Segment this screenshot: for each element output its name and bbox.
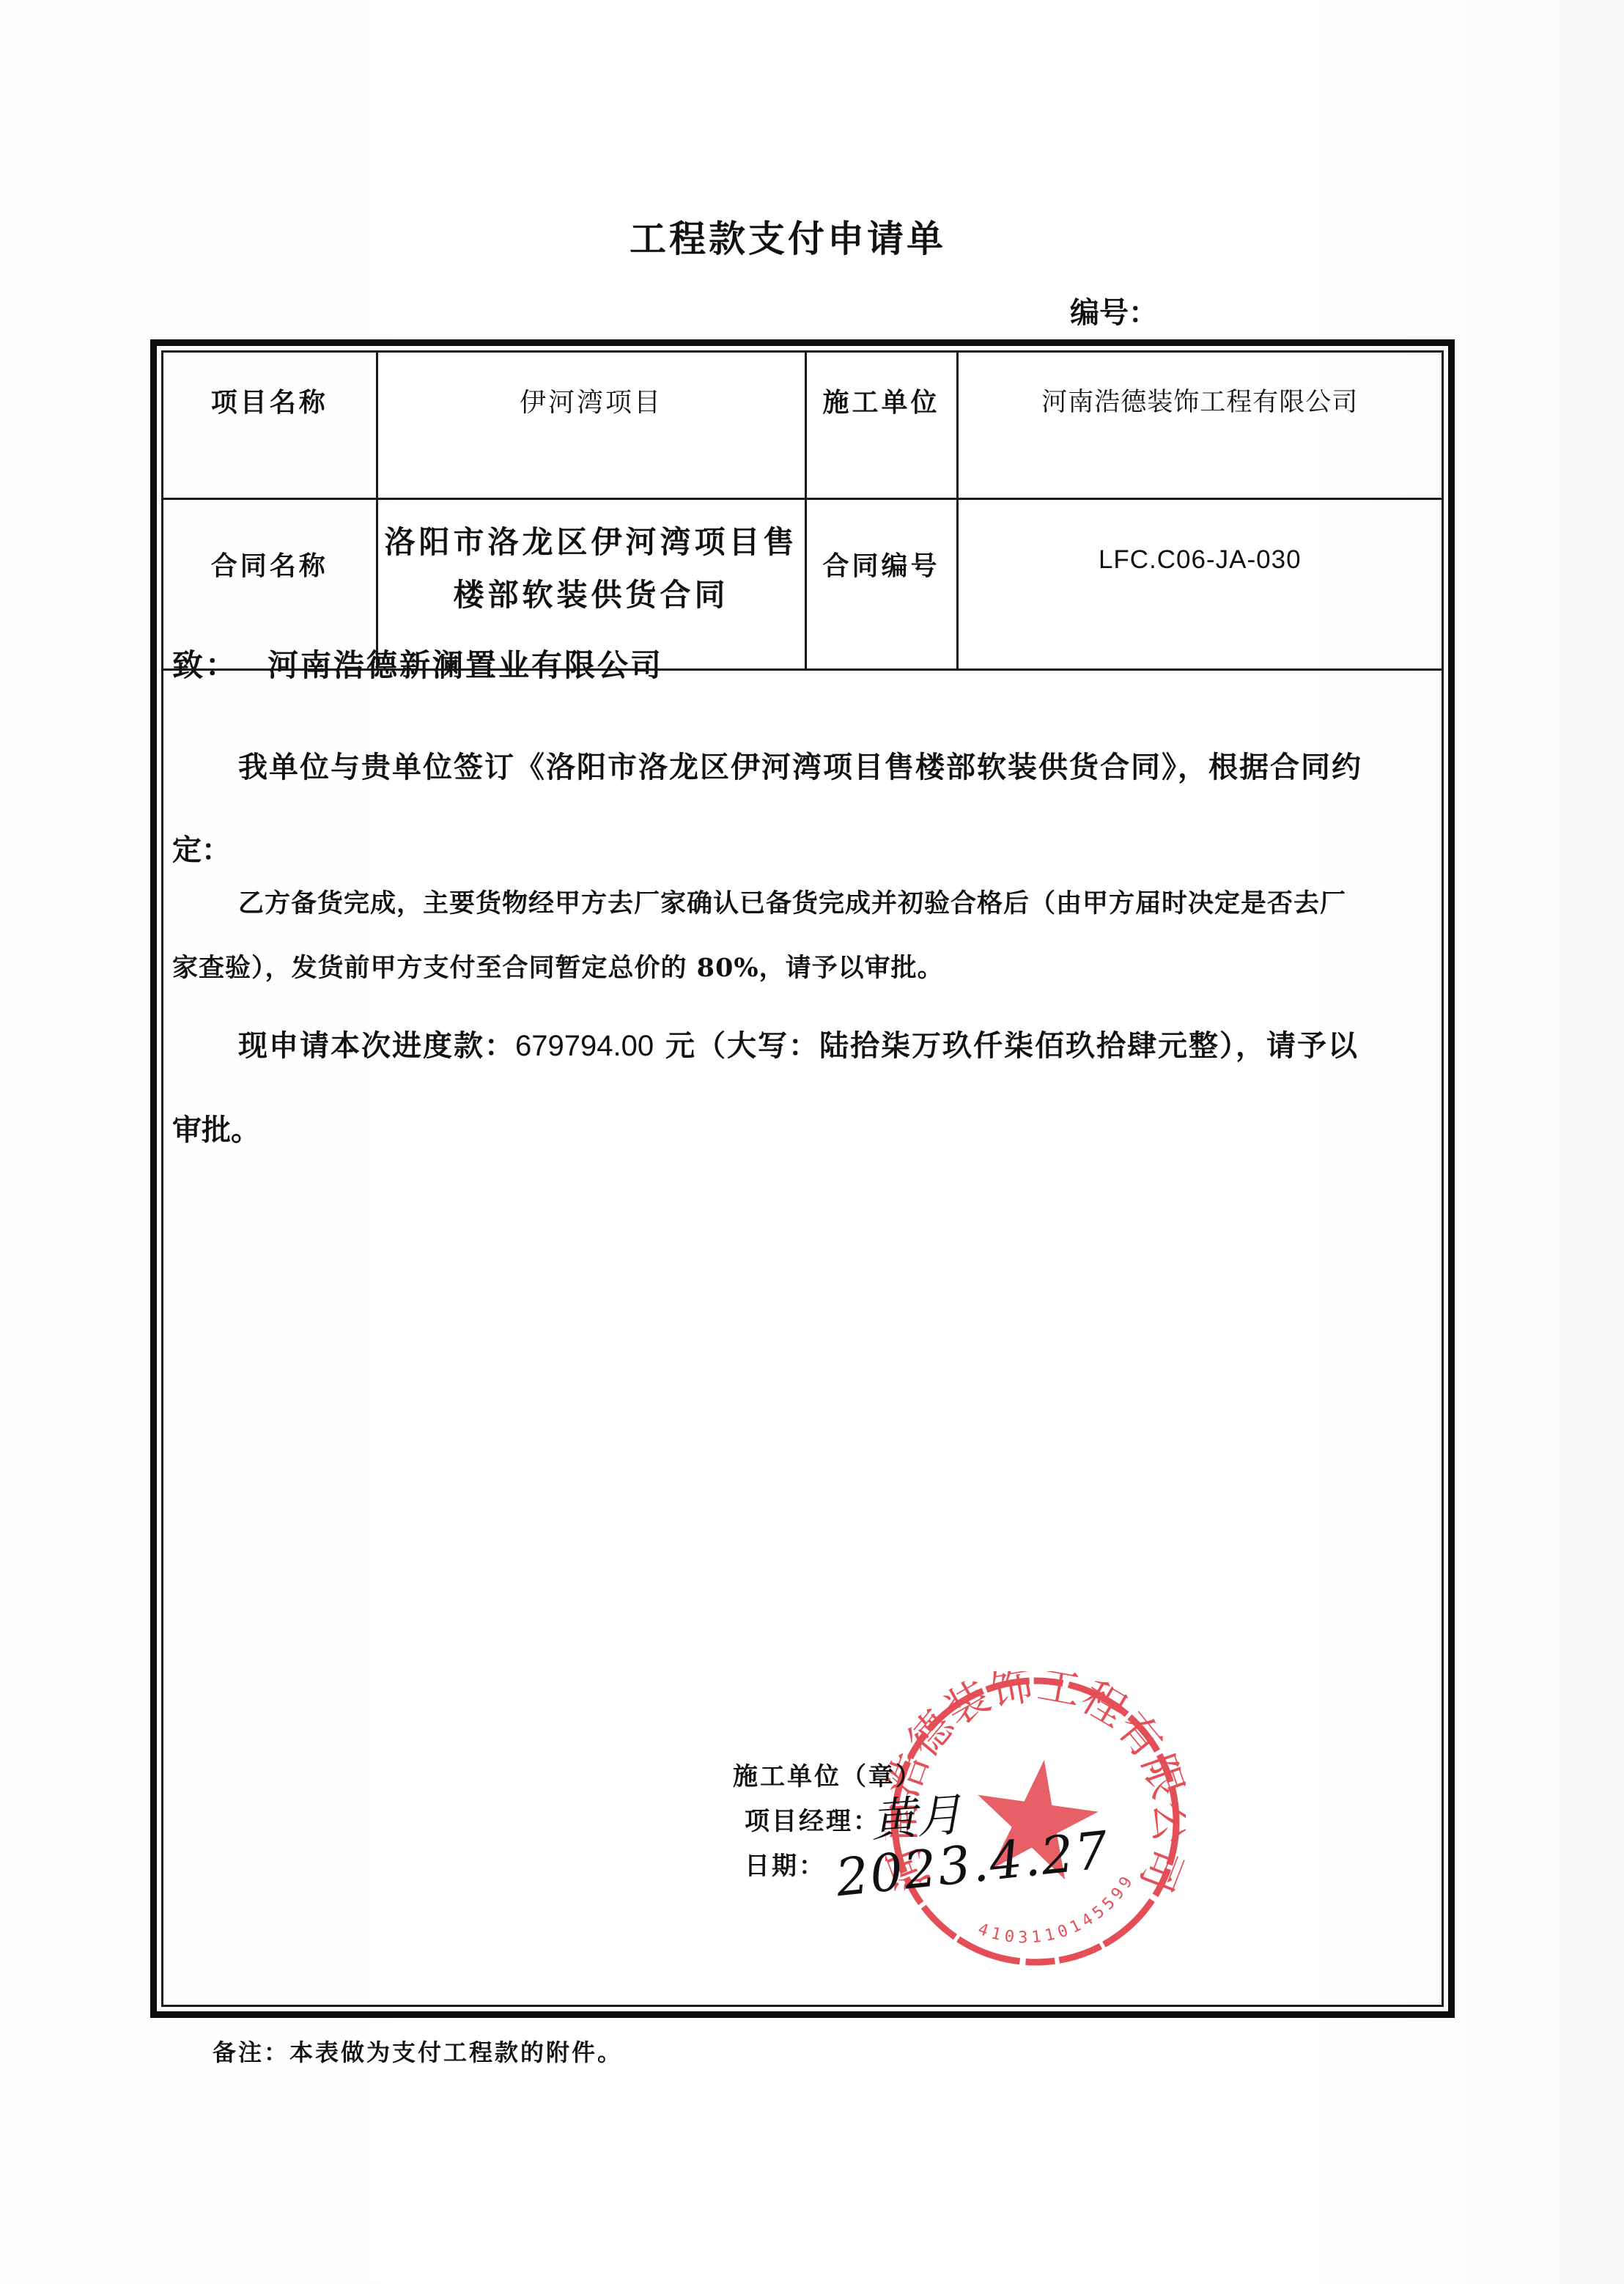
info-table: 项目名称 伊河湾项目 施工单位 河南浩德装饰工程有限公司 合同名称 洛阳市洛龙区…	[163, 353, 1442, 671]
contractor-label: 施工单位	[805, 353, 957, 499]
paragraph-2-line-2: 家查验），发货前甲方支付至合同暂定总价的 80%，请予以审批。	[172, 948, 944, 984]
contract-number-label: 合同编号	[805, 499, 957, 670]
addressee-label: 致：	[172, 647, 238, 683]
table-row: 项目名称 伊河湾项目 施工单位 河南浩德装饰工程有限公司	[163, 353, 1442, 499]
amount-unit-text: 元（大写：陆拾柒万玖仟柒佰玖拾肆元整），请予以	[654, 1028, 1359, 1063]
paragraph-1-line-1: 我单位与贵单位签订《洛阳市洛龙区伊河湾项目售楼部软装供货合同》，根据合同约	[238, 744, 1362, 786]
contract-name-line2: 楼部软装供货合同	[378, 569, 805, 622]
document-title: 工程款支付申请单	[0, 210, 1576, 262]
amount-prefix: 现申请本次进度款：	[238, 1028, 515, 1063]
date-label: 日期：	[745, 1846, 826, 1882]
contract-number-value: LFC.C06-JA-030	[957, 499, 1442, 670]
contractor-value: 河南浩德装饰工程有限公司	[957, 353, 1442, 499]
addressee-line: 致：河南浩德新澜置业有限公司	[172, 641, 663, 685]
project-name-label: 项目名称	[163, 353, 377, 499]
serial-number-label: 编号：	[1070, 290, 1158, 331]
contract-name-line1: 洛阳市洛龙区伊河湾项目售	[378, 516, 805, 569]
project-manager-label: 项目经理：	[745, 1801, 880, 1837]
paragraph-3-line-2: 审批。	[172, 1107, 260, 1149]
paragraph-1-line-2: 定：	[172, 827, 231, 869]
footer-note: 备注：本表做为支付工程款的附件。	[213, 2034, 623, 2068]
addressee-value: 河南浩德新澜置业有限公司	[267, 647, 663, 683]
project-name-value: 伊河湾项目	[377, 353, 805, 499]
paragraph-3-line-1: 现申请本次进度款：679794.00 元（大写：陆拾柒万玖仟柒佰玖拾肆元整），请…	[238, 1023, 1359, 1064]
amount-value: 679794.00	[515, 1030, 654, 1062]
paragraph-2-line-1: 乙方备货完成，主要货物经甲方去厂家确认已备货完成并初验合格后（由甲方届时决定是否…	[238, 883, 1346, 920]
